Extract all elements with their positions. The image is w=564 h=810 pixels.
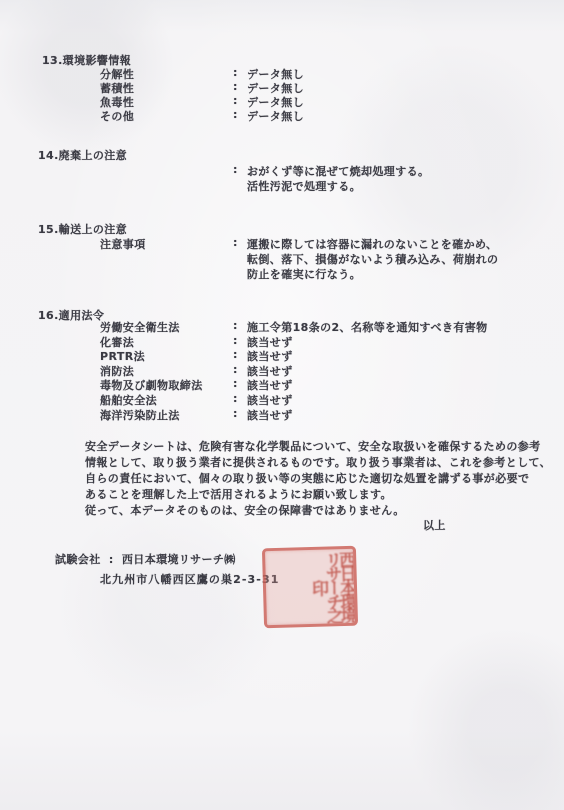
table-row: 労働安全衛生法 : 施工令第18条の2、名称等を通知すべき有害物 (0, 319, 564, 334)
colon-separator: : (233, 66, 238, 79)
row-label: 消防法 (100, 363, 134, 379)
table-row: その他 : データ無し (0, 108, 564, 122)
row-label: PRTR法 (100, 348, 145, 364)
row-value: 該当せず (247, 363, 293, 379)
value-line: 活性汚泥で処理する。 (247, 178, 429, 193)
testing-company-line: 試験会社 : 西日本環境リサーチ㈱ (55, 551, 236, 567)
row-value: 該当せず (247, 407, 293, 423)
table-row: PRTR法 : 該当せず (0, 348, 564, 363)
table-row: 蓄積性 : データ無し (0, 80, 564, 94)
value-line: おがくず等に混ぜて焼却処理する。 (247, 163, 429, 178)
disclaimer-line: あることを理解した上で活用されるようにお願い致します。 (85, 487, 551, 503)
colon-separator: : (109, 553, 114, 566)
table-row: 魚毒性 : データ無し (0, 94, 564, 108)
row-label: その他 (100, 108, 134, 124)
table-row: 化審法 : 該当せず (0, 334, 564, 349)
company-name: 西日本環境リサーチ㈱ (122, 553, 236, 566)
table-row: 海洋汚染防止法 : 該当せず (0, 407, 564, 422)
colon-separator: : (233, 319, 238, 332)
colon-separator: : (233, 94, 238, 107)
table-row: 毒物及び劇物取締法 : 該当せず (0, 377, 564, 392)
colon-separator: : (233, 236, 238, 249)
company-address: 北九州市八幡西区鷹の巣2-3-31 (100, 571, 279, 587)
colon-separator: : (233, 392, 238, 405)
row-label: 船舶安全法 (100, 392, 157, 408)
value-line: 防止を確実に行なう。 (247, 266, 498, 281)
row-label: 注意事項 (100, 236, 146, 252)
colon-separator: : (233, 377, 238, 390)
row-value: 該当せず (247, 377, 293, 393)
section-15-title: 15.輸送上の注意 (38, 221, 127, 237)
section-14-value: : おがくず等に混ぜて焼却処理する。 活性汚泥で処理する。 (0, 163, 564, 195)
colon-separator: : (233, 348, 238, 361)
section-14-title: 14.廃棄上の注意 (38, 147, 127, 163)
disclaimer-line: 安全データシートは、危険有害な化学製品について、安全な取扱いを確保するための参考 (85, 439, 551, 455)
value-line: 転倒、落下、損傷がないよう積み込み、荷崩れの (247, 251, 498, 266)
colon-separator: : (233, 80, 238, 93)
row-label: 海洋汚染防止法 (100, 407, 180, 423)
row-label: 毒物及び劇物取締法 (100, 377, 203, 393)
row-value: 該当せず (247, 348, 293, 364)
value-lines: 運搬に際しては容器に漏れのないことを確かめ、 転倒、落下、損傷がないよう積み込み… (247, 236, 498, 281)
company-seal-stamp: 西日本環境リサーチ之印 (262, 546, 358, 629)
row-label: 化審法 (100, 334, 134, 350)
section-15-row: 注意事項 : 運搬に際しては容器に漏れのないことを確かめ、 転倒、落下、損傷がな… (0, 236, 564, 284)
disclaimer-line: 情報として、取り扱う業者に提供されるものです。取り扱う事業者は、これを参考として… (85, 455, 551, 471)
company-seal-text: 西日本環境リサーチ之印 (266, 550, 354, 624)
colon-separator: : (233, 363, 238, 376)
colon-separator: : (233, 334, 238, 347)
row-value: 施工令第18条の2、名称等を通知すべき有害物 (247, 319, 488, 335)
company-label: 試験会社 (55, 553, 101, 566)
sds-document-page: 13.環境影響情報 分解性 : データ無し 蓄積性 : データ無し 魚毒性 : … (0, 0, 564, 810)
end-of-document-mark: 以上 (423, 517, 446, 533)
colon-separator: : (233, 108, 238, 121)
section-16-rows: 労働安全衛生法 : 施工令第18条の2、名称等を通知すべき有害物 化審法 : 該… (0, 319, 564, 421)
colon-separator: : (233, 407, 238, 420)
value-line: 運搬に際しては容器に漏れのないことを確かめ、 (247, 236, 498, 251)
table-row: 船舶安全法 : 該当せず (0, 392, 564, 407)
section-13-rows: 分解性 : データ無し 蓄積性 : データ無し 魚毒性 : データ無し その他 … (0, 66, 564, 122)
disclaimer-line: 自らの責任において、個々の取り扱い等の実態に応じた適切な処置を講ずる事が必要で (85, 471, 551, 487)
row-label: 労働安全衛生法 (100, 319, 180, 335)
table-row: 消防法 : 該当せず (0, 363, 564, 378)
disclaimer-paragraph: 安全データシートは、危険有害な化学製品について、安全な取扱いを確保するための参考… (85, 439, 551, 519)
row-value: 該当せず (247, 392, 293, 408)
value-lines: おがくず等に混ぜて焼却処理する。 活性汚泥で処理する。 (247, 163, 429, 193)
table-row: 分解性 : データ無し (0, 66, 564, 80)
colon-separator: : (233, 163, 238, 176)
row-value: 該当せず (247, 334, 293, 350)
disclaimer-line: 従って、本データそのものは、安全の保障書ではありません。 (85, 503, 551, 519)
row-value: データ無し (247, 108, 304, 124)
